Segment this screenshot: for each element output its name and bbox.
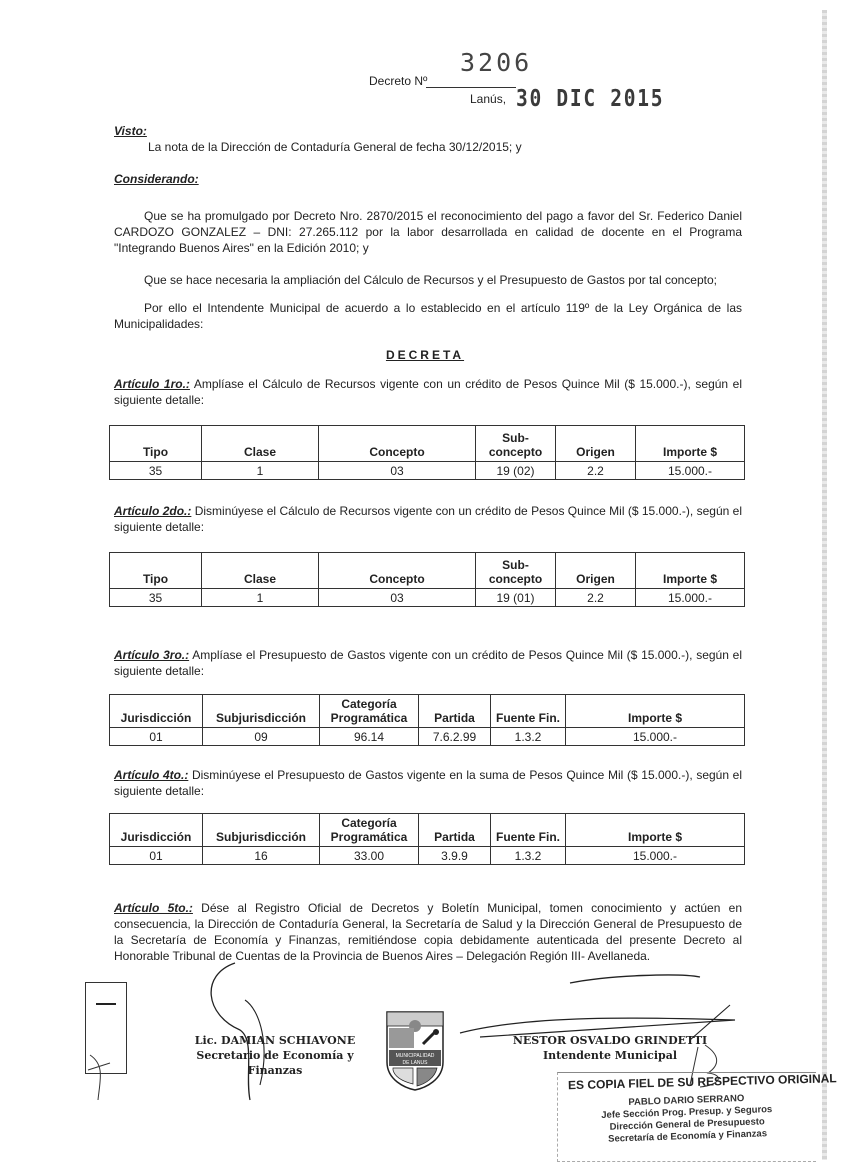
table-cell: 35 xyxy=(110,462,202,480)
column-header: Clase xyxy=(202,553,319,589)
table-cell: 1.3.2 xyxy=(491,847,566,865)
article-1: Artículo 1ro.: Amplíase el Cálculo de Re… xyxy=(114,376,742,408)
place-label: Lanús, xyxy=(470,92,506,106)
article-label: Artículo 3ro.: xyxy=(114,648,189,662)
table-cell: 01 xyxy=(110,847,203,865)
article-label: Artículo 4to.: xyxy=(114,768,188,782)
table-cell: 19 (01) xyxy=(476,589,556,607)
signature-right: NESTOR OSVALDO GRINDETTI Intendente Muni… xyxy=(495,1033,725,1063)
article-2-table: Tipo Clase Concepto Sub- concepto Origen… xyxy=(109,552,745,607)
table-cell: 15.000.- xyxy=(566,728,745,746)
signer-name: Lic. DAMIAN SCHIAVONE xyxy=(170,1033,380,1048)
date-stamp: 30 DIC 2015 xyxy=(516,86,664,112)
column-header: Jurisdicción xyxy=(110,814,203,847)
svg-text:DE LANUS: DE LANUS xyxy=(402,1060,428,1066)
decree-label: Decreto Nº xyxy=(369,74,427,88)
considerando-paragraph: Por ello el Intendente Municipal de acue… xyxy=(114,300,742,332)
article-label: Artículo 1ro.: xyxy=(114,377,190,391)
column-header: Partida xyxy=(419,695,491,728)
column-header: Fuente Fin. xyxy=(491,814,566,847)
article-2: Artículo 2do.: Disminúyese el Cálculo de… xyxy=(114,503,742,535)
column-header: Origen xyxy=(556,553,636,589)
article-label: Artículo 2do.: xyxy=(114,504,191,518)
article-text: Amplíase el Presupuesto de Gastos vigent… xyxy=(114,648,742,678)
table-cell: 16 xyxy=(203,847,320,865)
table-row: 01 09 96.14 7.6.2.99 1.3.2 15.000.- xyxy=(110,728,745,746)
column-header: Tipo xyxy=(110,553,202,589)
decree-number: 3206 xyxy=(460,48,532,77)
column-header: Subjurisdicción xyxy=(203,814,320,847)
table-cell: 1 xyxy=(202,589,319,607)
signer-title: Intendente Municipal xyxy=(495,1048,725,1063)
table-cell: 19 (02) xyxy=(476,462,556,480)
column-header: Sub- concepto xyxy=(476,553,556,589)
column-header: Subjurisdicción xyxy=(203,695,320,728)
signer-name: NESTOR OSVALDO GRINDETTI xyxy=(495,1033,725,1048)
table-cell: 09 xyxy=(203,728,320,746)
visto-text: La nota de la Dirección de Contaduría Ge… xyxy=(148,139,522,155)
decree-number-line xyxy=(426,87,516,88)
article-label: Artículo 5to.: xyxy=(114,901,193,915)
table-cell: 3.9.9 xyxy=(419,847,491,865)
article-3: Artículo 3ro.: Amplíase el Presupuesto d… xyxy=(114,647,742,679)
column-header: Concepto xyxy=(319,426,476,462)
table-cell: 01 xyxy=(110,728,203,746)
table-cell: 1 xyxy=(202,462,319,480)
column-header: Importe $ xyxy=(566,695,745,728)
table-cell: 2.2 xyxy=(556,589,636,607)
table-row: 01 16 33.00 3.9.9 1.3.2 15.000.- xyxy=(110,847,745,865)
column-header: Jurisdicción xyxy=(110,695,203,728)
article-text: Amplíase el Cálculo de Recursos vigente … xyxy=(114,377,742,407)
column-header: Origen xyxy=(556,426,636,462)
table-cell: 15.000.- xyxy=(566,847,745,865)
svg-text:MUNICIPALIDAD: MUNICIPALIDAD xyxy=(396,1053,435,1059)
article-3-table: Jurisdicción Subjurisdicción Categoría P… xyxy=(109,694,745,746)
signature-left: Lic. DAMIAN SCHIAVONE Secretario de Econ… xyxy=(170,1033,380,1078)
column-header: Importe $ xyxy=(566,814,745,847)
article-text: Disminúyese el Presupuesto de Gastos vig… xyxy=(114,768,742,798)
table-cell: 03 xyxy=(319,589,476,607)
signer-title: Secretario de Economía y Finanzas xyxy=(170,1048,380,1078)
column-header: Concepto xyxy=(319,553,476,589)
article-4-table: Jurisdicción Subjurisdicción Categoría P… xyxy=(109,813,745,865)
table-cell: 33.00 xyxy=(320,847,419,865)
table-row: 35 1 03 19 (01) 2.2 15.000.- xyxy=(110,589,745,607)
stamp-body: PABLO DARIO SERRANO Jefe Sección Prog. P… xyxy=(557,1091,817,1148)
scan-edge xyxy=(822,10,827,1160)
column-header: Tipo xyxy=(110,426,202,462)
column-header: Importe $ xyxy=(636,553,745,589)
column-header: Categoría Programática xyxy=(320,814,419,847)
article-text: Dése al Registro Oficial de Decretos y B… xyxy=(114,901,742,963)
table-cell: 15.000.- xyxy=(636,589,745,607)
column-header: Categoría Programática xyxy=(320,695,419,728)
table-cell: 03 xyxy=(319,462,476,480)
table-row: 35 1 03 19 (02) 2.2 15.000.- xyxy=(110,462,745,480)
column-header: Fuente Fin. xyxy=(491,695,566,728)
table-cell: 96.14 xyxy=(320,728,419,746)
table-cell: 1.3.2 xyxy=(491,728,566,746)
municipal-seal-icon: MUNICIPALIDAD DE LANUS xyxy=(385,1010,445,1092)
considerando-paragraph: Que se ha promulgado por Decreto Nro. 28… xyxy=(114,208,742,256)
certified-copy-stamp: ES COPIA FIEL DE SU RESPECTIVO ORIGINAL … xyxy=(557,1072,816,1162)
table-cell: 35 xyxy=(110,589,202,607)
considerando-paragraph: Que se hace necesaria la ampliación del … xyxy=(114,272,742,288)
table-cell: 15.000.- xyxy=(636,462,745,480)
stamp-title: ES COPIA FIEL DE SU RESPECTIVO ORIGINAL xyxy=(568,1072,816,1092)
column-header: Importe $ xyxy=(636,426,745,462)
article-4: Artículo 4to.: Disminúyese el Presupuest… xyxy=(114,767,742,799)
table-cell: 2.2 xyxy=(556,462,636,480)
considerando-heading: Considerando: xyxy=(114,172,199,186)
column-header: Clase xyxy=(202,426,319,462)
decreta-heading: DECRETA xyxy=(0,348,850,362)
article-1-table: Tipo Clase Concepto Sub- concepto Origen… xyxy=(109,425,745,480)
table-cell: 7.6.2.99 xyxy=(419,728,491,746)
visto-heading: Visto: xyxy=(114,124,147,138)
article-text: Disminúyese el Cálculo de Recursos vigen… xyxy=(114,504,742,534)
column-header: Partida xyxy=(419,814,491,847)
column-header: Sub- concepto xyxy=(476,426,556,462)
